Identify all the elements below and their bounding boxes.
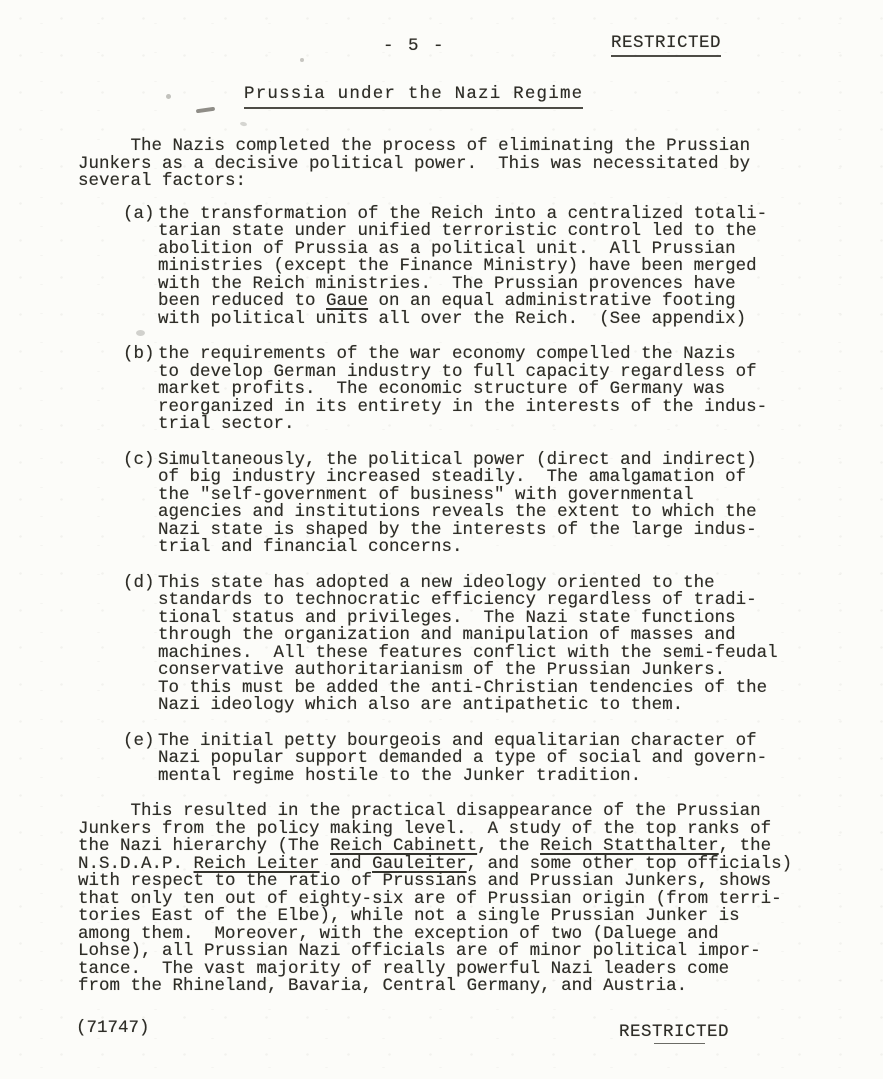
list-item-e: (e) The initial petty bourgeois and equa… (78, 733, 818, 786)
item-label-c: (c) (123, 452, 155, 470)
item-text-c: Simultaneously, the political power (dir… (158, 452, 818, 557)
scan-artifact (300, 58, 304, 62)
item-text-a: the transformation of the Reich into a c… (158, 206, 818, 329)
text-run: the requirements of the war economy comp… (158, 344, 767, 434)
item-label-a: (a) (123, 206, 155, 224)
item-label-b: (b) (123, 346, 155, 364)
document-title: Prussia under the Nazi Regime (244, 84, 583, 109)
classification-bottom: RESTRICTED (619, 1022, 729, 1042)
list-item-c: (c) Simultaneously, the political power … (78, 452, 818, 557)
list-item-a: (a) the transformation of the Reich into… (78, 206, 818, 329)
text-run: Simultaneously, the political power (dir… (158, 450, 757, 558)
classification-top: RESTRICTED (611, 33, 721, 57)
item-text-d: This state has adopted a new ideology or… (158, 575, 818, 715)
document-page: - 5 - RESTRICTED Prussia under the Nazi … (0, 0, 883, 1079)
intro-paragraph: The Nazis completed the process of elimi… (78, 138, 818, 191)
text-run: , and some other top officials) with res… (78, 854, 792, 997)
text-run: This state has adopted a new ideology or… (158, 573, 778, 716)
text-run: The initial petty bourgeois and equalita… (158, 731, 767, 786)
document-number: (71747) (76, 1018, 150, 1038)
scan-artifact (166, 94, 171, 99)
item-label-d: (d) (123, 575, 155, 593)
item-label-e: (e) (123, 733, 155, 751)
list-item-d: (d) This state has adopted a new ideolog… (78, 575, 818, 715)
list-item-b: (b) the requirements of the war economy … (78, 346, 818, 434)
item-text-b: the requirements of the war economy comp… (158, 346, 818, 434)
page-number: - 5 - (383, 36, 446, 56)
scan-artifact (196, 107, 215, 114)
document-body: The Nazis completed the process of elimi… (78, 138, 818, 996)
closing-paragraph: This resulted in the practical disappear… (78, 803, 818, 996)
item-text-e: The initial petty bourgeois and equalita… (158, 733, 818, 786)
scan-artifact (240, 121, 248, 126)
